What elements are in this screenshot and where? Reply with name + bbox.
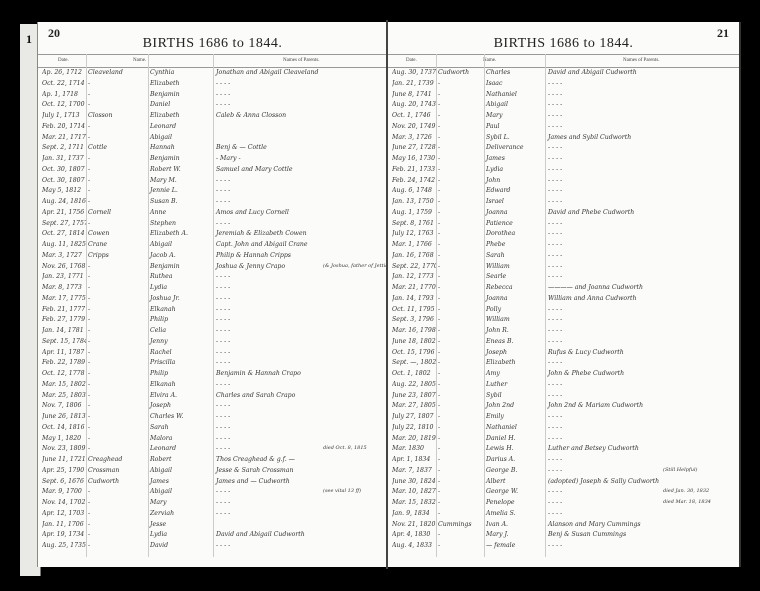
birth-record-row: June 11, 1721CreagheadRobertThos Creaghe… <box>38 455 387 466</box>
record-name: Mary <box>486 112 502 119</box>
birth-record-row: Feb. 21, 1733-Lydia- - - - <box>388 165 739 176</box>
record-name: Lewis H. <box>486 445 514 452</box>
record-parents: - - - - <box>216 284 230 291</box>
record-parents: - - - - <box>548 177 562 184</box>
record-parents: - - - - <box>216 488 230 495</box>
record-name: Jesse <box>150 521 166 528</box>
record-surname: - <box>438 542 440 549</box>
record-parents: Jonathan and Abigail Cleaveland <box>216 69 318 76</box>
record-name: Mary M. <box>150 177 177 184</box>
record-surname: - <box>88 392 90 399</box>
record-note: died Jan. 30, 1832 <box>663 488 709 494</box>
birth-record-row: Apr. 21, 1756CornellAnneAmos and Lucy Co… <box>38 208 387 219</box>
record-name: Albert <box>486 478 506 485</box>
record-date: Aug. 24, 1816 <box>42 198 86 205</box>
record-date: Feb. 27, 1779 <box>42 316 86 323</box>
record-name: Robert W. <box>150 166 181 173</box>
record-surname: - <box>88 177 90 184</box>
record-parents: - - - - <box>548 327 562 334</box>
record-name: Phebe <box>486 241 505 248</box>
record-surname: - <box>438 112 440 119</box>
record-parents: David and Abigail Cudworth <box>548 69 637 76</box>
record-parents: - - - - <box>548 392 562 399</box>
record-name: William <box>486 316 510 323</box>
birth-record-row: Mar. 3, 1726-Sybil L.James and Sybil Cud… <box>388 133 739 144</box>
left-page: 20 BIRTHS 1686 to 1844. Date. Name. Name… <box>37 22 387 567</box>
record-surname: - <box>438 456 440 463</box>
record-name: Jenny <box>150 338 168 345</box>
record-name: Charles <box>486 69 510 76</box>
birth-record-row: Nov. 23, 1809-Leonard- - - -died Oct. 8,… <box>38 444 387 455</box>
record-date: July 22, 1810 <box>392 424 436 431</box>
birth-record-row: May 1, 1820-Malora- - - - <box>38 434 387 445</box>
record-date: Apr. 21, 1756 <box>42 209 86 216</box>
record-parents: David and Abigail Cudworth <box>216 531 305 538</box>
birth-record-row: June 23, 1807-Sybil- - - - <box>388 391 739 402</box>
birth-record-row: June 30, 1824-Albert(adopted) Joseph & S… <box>388 477 739 488</box>
birth-record-row: July 1, 1713ClossonElizabethCaleb & Anna… <box>38 111 387 122</box>
record-parents: - - - - <box>548 91 562 98</box>
birth-record-row: June 8, 1741-Nathaniel- - - - <box>388 90 739 101</box>
record-date: May 5, 1812 <box>42 187 86 194</box>
record-date: July 12, 1763 <box>392 230 436 237</box>
record-surname: - <box>438 241 440 248</box>
record-date: Mar. 7, 1837 <box>392 467 436 474</box>
record-name: Elizabeth A. <box>150 230 188 237</box>
record-surname: - <box>88 499 90 506</box>
record-date: Mar. 20, 1819 <box>392 435 436 442</box>
underlying-page-number: 1 <box>26 32 32 47</box>
record-surname: - <box>438 478 440 485</box>
record-surname: Cottle <box>88 144 107 151</box>
record-date: Aug. 25, 1735 <box>42 542 86 549</box>
record-surname: Cummings <box>438 521 472 528</box>
record-parents: - - - - <box>216 424 230 431</box>
record-name: Polly <box>486 306 501 313</box>
record-date: Mar. 25, 1803 <box>42 392 86 399</box>
record-name: Edward <box>486 187 510 194</box>
record-name: Rebecca <box>486 284 513 291</box>
record-surname: - <box>88 273 90 280</box>
birth-record-row: Nov. 14, 1702-Mary- - - - <box>38 498 387 509</box>
birth-record-row: Apr. 12, 1703-Zerviah- - - - <box>38 509 387 520</box>
birth-record-row: Aug. 24, 1816-Susan B.- - - - <box>38 197 387 208</box>
record-date: Aug. 20, 1743 <box>392 101 436 108</box>
record-surname: - <box>438 134 440 141</box>
record-parents: - - - - <box>548 155 562 162</box>
birth-record-row: July 12, 1763-Dorothea- - - - <box>388 229 739 240</box>
record-date: Mar. 15, 1802 <box>42 381 86 388</box>
record-name: John 2nd <box>486 402 514 409</box>
record-parents: - - - - <box>548 338 562 345</box>
birth-record-row: Aug. 4, 1833-— female- - - - <box>388 541 739 552</box>
record-parents: Charles and Sarah Crapo <box>216 392 295 399</box>
birth-record-row: Sept. 6, 1676CudworthJamesJames and — Cu… <box>38 477 387 488</box>
birth-record-row: Mar. 15, 1832-Penelope- - - -died Mar. 1… <box>388 498 739 509</box>
record-date: Mar. 17, 1775 <box>42 295 86 302</box>
record-surname: - <box>88 542 90 549</box>
record-surname: Closson <box>88 112 113 119</box>
record-name: James <box>150 478 169 485</box>
record-date: Sept. 8, 1761 <box>392 220 436 227</box>
record-parents: Joshua & Jenny Crapo <box>216 263 285 270</box>
record-date: Jan. 11, 1706 <box>42 521 86 528</box>
record-name: Sybil L. <box>486 134 510 141</box>
record-surname: - <box>438 467 440 474</box>
birth-record-row: June 18, 1802-Eneas B.- - - - <box>388 337 739 348</box>
record-surname: - <box>438 187 440 194</box>
record-parents: - - - - <box>548 456 562 463</box>
record-surname: - <box>438 445 440 452</box>
birth-record-row: Mar. 1830-Lewis H.Luther and Betsey Cudw… <box>388 444 739 455</box>
record-date: Oct. 11, 1795 <box>392 306 436 313</box>
birth-record-row: Mar. 21, 1717-Abigail <box>38 133 387 144</box>
birth-record-row: Aug. 22, 1805-Luther- - - - <box>388 380 739 391</box>
record-parents: James and — Cudworth <box>216 478 290 485</box>
record-name: Elkanah <box>150 381 176 388</box>
record-date: Sept. 6, 1676 <box>42 478 86 485</box>
birth-record-row: Mar. 21, 1770-Rebecca———— and Joanna Cud… <box>388 283 739 294</box>
record-name: Abigail <box>150 241 172 248</box>
record-parents: - - - - <box>216 220 230 227</box>
record-name: Jennie L. <box>150 187 178 194</box>
record-surname: - <box>438 402 440 409</box>
record-name: Susan B. <box>150 198 178 205</box>
record-parents: Benj & Susan Cummings <box>548 531 626 538</box>
record-parents: David and Phebe Cudworth <box>548 209 634 216</box>
record-name: Amy <box>486 370 500 377</box>
record-parents: - - - - <box>548 435 562 442</box>
record-name: Benjamin <box>150 155 180 162</box>
record-date: Aug. 22, 1805 <box>392 381 436 388</box>
record-name: Joshua Jr. <box>150 295 180 302</box>
record-surname: - <box>88 381 90 388</box>
record-parents: - - - - <box>216 80 230 87</box>
birth-record-row: Jan. 13, 1750-Israel- - - - <box>388 197 739 208</box>
record-name: Daniel <box>150 101 170 108</box>
record-surname: - <box>88 123 90 130</box>
record-date: Jan. 14, 1793 <box>392 295 436 302</box>
record-parents: - - - - <box>548 101 562 108</box>
record-name: Abigail <box>486 101 508 108</box>
record-date: Jan. 9, 1834 <box>392 510 436 517</box>
record-surname: - <box>88 445 90 452</box>
birth-record-row: Sept. 8, 1761-Patience- - - - <box>388 219 739 230</box>
record-parents: - - - - <box>216 338 230 345</box>
record-name: Mary <box>150 499 166 506</box>
record-surname: - <box>438 359 440 366</box>
record-name: Elizabeth <box>486 359 516 366</box>
record-note: died Oct. 8, 1815 <box>323 445 367 451</box>
birth-record-row: June 27, 1728-Deliverance- - - - <box>388 143 739 154</box>
record-parents: - - - - <box>216 316 230 323</box>
record-name: Abigail <box>150 467 172 474</box>
record-date: Mar. 10, 1827 <box>392 488 436 495</box>
record-parents: ———— and Joanna Cudworth <box>548 284 643 291</box>
record-name: Lydia <box>486 166 503 173</box>
birth-record-row: Jan. 31, 1737-Benjamin- Mary - <box>38 154 387 165</box>
record-name: Eneas B. <box>486 338 514 345</box>
record-name: Leonard <box>150 123 176 130</box>
record-surname: Cudworth <box>438 69 469 76</box>
record-date: Jan. 23, 1771 <box>42 273 86 280</box>
record-date: Mar. 9, 1700 <box>42 488 86 495</box>
record-parents: - - - - <box>548 510 562 517</box>
record-name: Philip <box>150 316 168 323</box>
record-date: June 27, 1728 <box>392 144 436 151</box>
birth-record-row: Jan. 14, 1793-JoannaWilliam and Anna Cud… <box>388 294 739 305</box>
record-surname: - <box>438 284 440 291</box>
record-parents: - - - - <box>216 198 230 205</box>
record-name: Cynthia <box>150 69 174 76</box>
record-surname: - <box>88 510 90 517</box>
record-parents: William and Anna Cudworth <box>548 295 637 302</box>
column-parents: Names of Parents. <box>623 58 660 63</box>
record-surname: - <box>438 381 440 388</box>
record-date: Oct. 27, 1814 <box>42 230 86 237</box>
record-parents: - - - - <box>548 230 562 237</box>
record-date: Nov. 20, 1749 <box>392 123 436 130</box>
record-date: June 11, 1721 <box>42 456 86 463</box>
birth-records-list: Aug. 30, 1737CudworthCharlesDavid and Ab… <box>388 68 739 552</box>
record-surname: - <box>88 80 90 87</box>
birth-record-row: July 27, 1807-Emily- - - - <box>388 412 739 423</box>
record-date: Oct. 30, 1807 <box>42 177 86 184</box>
record-name: Daniel H. <box>486 435 516 442</box>
record-surname: - <box>438 155 440 162</box>
record-surname: - <box>88 220 90 227</box>
record-surname: - <box>438 101 440 108</box>
record-date: Jan. 12, 1773 <box>392 273 436 280</box>
record-date: Apr. 11, 1787 <box>42 349 86 356</box>
record-surname: - <box>88 198 90 205</box>
record-name: Sarah <box>150 424 169 431</box>
record-parents: - - - - <box>548 424 562 431</box>
record-name: Sybil <box>486 392 502 399</box>
record-surname: - <box>438 370 440 377</box>
birth-record-row: Apr. 25, 1790CrossmanAbigailJesse & Sara… <box>38 466 387 477</box>
birth-record-row: Oct. 11, 1795-Polly- - - - <box>388 305 739 316</box>
record-date: Apr. 19, 1734 <box>42 531 86 538</box>
record-name: Joanna <box>486 295 508 302</box>
record-date: Jan. 21, 1739 <box>392 80 436 87</box>
record-surname: - <box>88 521 90 528</box>
birth-record-row: Mar. 1, 1766-Phebe- - - - <box>388 240 739 251</box>
birth-record-row: Aug. 11, 1825CraneAbigailCapt. John and … <box>38 240 387 251</box>
birth-record-row: Feb. 21, 1777-Elkanah- - - - <box>38 305 387 316</box>
record-name: Patience <box>486 220 513 227</box>
record-name: Nathaniel <box>486 91 517 98</box>
birth-record-row: Aug. 30, 1737CudworthCharlesDavid and Ab… <box>388 68 739 79</box>
record-name: Ivan A. <box>486 521 508 528</box>
column-date: Date. <box>58 58 69 63</box>
record-name: Joseph <box>486 349 507 356</box>
record-surname: Crane <box>88 241 107 248</box>
record-surname: - <box>438 531 440 538</box>
record-date: Sept. 3, 1796 <box>392 316 436 323</box>
record-date: Mar. 3, 1727 <box>42 252 86 259</box>
record-name: Emily <box>486 413 504 420</box>
record-surname: - <box>88 316 90 323</box>
column-date: Date. <box>406 58 417 63</box>
record-surname: - <box>438 338 440 345</box>
birth-record-row: Sept. 3, 1796-William- - - - <box>388 315 739 326</box>
record-parents: - - - - <box>548 123 562 130</box>
record-date: Nov. 23, 1809 <box>42 445 86 452</box>
record-surname: - <box>88 306 90 313</box>
record-surname: - <box>438 488 440 495</box>
record-name: Elkanah <box>150 306 176 313</box>
record-parents: - - - - <box>548 198 562 205</box>
record-name: Benjamin <box>150 263 180 270</box>
record-date: July 1, 1713 <box>42 112 86 119</box>
record-name: Priscilla <box>150 359 175 366</box>
record-surname: - <box>438 177 440 184</box>
record-date: Sept. 27, 1757 <box>42 220 86 227</box>
record-date: Apr. 12, 1703 <box>42 510 86 517</box>
record-name: James <box>486 155 505 162</box>
record-name: John R. <box>486 327 509 334</box>
birth-record-row: Mar. 7, 1837-George B.- - - -(Still Help… <box>388 466 739 477</box>
record-date: Mar. 1, 1766 <box>392 241 436 248</box>
record-surname: Cornell <box>88 209 111 216</box>
birth-record-row: Feb. 24, 1742-John- - - - <box>388 176 739 187</box>
record-date: May 16, 1730 <box>392 155 436 162</box>
birth-record-row: Feb. 22, 1789-Priscilla- - - - <box>38 358 387 369</box>
record-name: Searle <box>486 273 506 280</box>
record-name: William <box>486 263 510 270</box>
record-surname: - <box>438 220 440 227</box>
record-parents: - - - - <box>548 413 562 420</box>
record-date: Nov. 14, 1702 <box>42 499 86 506</box>
record-name: David <box>150 542 168 549</box>
birth-record-row: Ap. 1, 1718-Benjamin- - - - <box>38 90 387 101</box>
record-surname: - <box>438 123 440 130</box>
record-date: Feb. 21, 1777 <box>42 306 86 313</box>
record-date: Oct. 30, 1807 <box>42 166 86 173</box>
record-date: Oct. 12, 1778 <box>42 370 86 377</box>
birth-record-row: Nov. 21, 1820CummingsIvan A.Alanson and … <box>388 520 739 531</box>
right-page: 21 BIRTHS 1686 to 1844. Date. Name. Name… <box>388 22 741 567</box>
record-name: Amelia S. <box>486 510 516 517</box>
record-name: Darius A. <box>486 456 515 463</box>
record-parents: John 2nd & Mariam Cudworth <box>548 402 643 409</box>
record-name: George W. <box>486 488 518 495</box>
record-name: Dorothea <box>486 230 515 237</box>
record-name: Abigail <box>150 488 172 495</box>
record-surname: - <box>88 424 90 431</box>
record-name: Luther <box>486 381 507 388</box>
record-parents: - - - - <box>216 542 230 549</box>
page-title: BIRTHS 1686 to 1844. <box>388 36 739 52</box>
record-parents: - - - - <box>548 166 562 173</box>
record-surname: - <box>88 327 90 334</box>
record-surname: - <box>438 144 440 151</box>
record-date: Nov. 21, 1820 <box>392 521 436 528</box>
record-date: June 23, 1807 <box>392 392 436 399</box>
record-parents: - - - - <box>548 381 562 388</box>
record-surname: - <box>88 295 90 302</box>
record-surname: - <box>88 101 90 108</box>
record-name: Celia <box>150 327 166 334</box>
record-surname: - <box>438 413 440 420</box>
birth-record-row: Mar. 3, 1727CrippsJacob A.Philip & Hanna… <box>38 251 387 262</box>
record-parents: Jeremiah & Elizabeth Cowen <box>216 230 307 237</box>
record-parents: - - - - <box>548 273 562 280</box>
record-name: Robert <box>150 456 171 463</box>
birth-record-row: May 16, 1730-James- - - - <box>388 154 739 165</box>
record-name: Philip <box>150 370 168 377</box>
record-date: Aug. 30, 1737 <box>392 69 436 76</box>
record-surname: - <box>88 166 90 173</box>
birth-record-row: Sept. —, 1802-Elizabeth- - - - <box>388 358 739 369</box>
record-name: Joanna <box>486 209 508 216</box>
record-parents: James and Sybil Cudworth <box>548 134 631 141</box>
record-parents: - - - - <box>216 273 230 280</box>
birth-record-row: Mar. 9, 1700-Abigail- - - -(see vital 13… <box>38 487 387 498</box>
birth-record-row: Mar. 15, 1802-Elkanah- - - - <box>38 380 387 391</box>
record-parents: - - - - <box>216 295 230 302</box>
birth-record-row: Jan. 11, 1706-Jesse <box>38 520 387 531</box>
record-surname: - <box>438 209 440 216</box>
record-parents: - - - - <box>216 327 230 334</box>
record-date: Mar. 8, 1773 <box>42 284 86 291</box>
record-name: Joseph <box>150 402 171 409</box>
record-date: Oct. 22, 1714 <box>42 80 86 87</box>
record-parents: - - - - <box>548 499 562 506</box>
record-date: Jan. 16, 1768 <box>392 252 436 259</box>
record-name: Stephen <box>150 220 176 227</box>
record-surname: - <box>438 349 440 356</box>
birth-record-row: Mar. 25, 1803-Elvira A.Charles and Sarah… <box>38 391 387 402</box>
birth-record-row: Mar. 16, 1798-John R.- - - - <box>388 326 739 337</box>
birth-record-row: Oct. 15, 1796-JosephRufus & Lucy Cudwort… <box>388 348 739 359</box>
record-parents: Rufus & Lucy Cudworth <box>548 349 624 356</box>
record-parents: (adopted) Joseph & Sally Cudworth <box>548 478 659 485</box>
record-surname: - <box>438 306 440 313</box>
birth-record-row: Apr. 4, 1830-Mary J.Benj & Susan Cumming… <box>388 530 739 541</box>
record-surname: Creaghead <box>88 456 122 463</box>
record-surname: - <box>88 435 90 442</box>
record-date: Mar. 27, 1805 <box>392 402 436 409</box>
record-name: Charles W. <box>150 413 183 420</box>
record-name: John <box>486 177 500 184</box>
record-surname: - <box>88 531 90 538</box>
record-note: (see vital 13 ff) <box>323 488 361 494</box>
record-name: Leonard <box>150 445 176 452</box>
birth-record-row: Aug. 20, 1743-Abigail- - - - <box>388 100 739 111</box>
record-date: June 26, 1813 <box>42 413 86 420</box>
record-date: Nov. 7, 1806 <box>42 402 86 409</box>
record-name: Nathaniel <box>486 424 517 431</box>
record-parents: Philip & Hannah Cripps <box>216 252 291 259</box>
record-parents: - - - - <box>548 80 562 87</box>
record-name: Paul <box>486 123 500 130</box>
record-name: Israel <box>486 198 504 205</box>
birth-record-row: Mar. 10, 1827-George W.- - - -died Jan. … <box>388 487 739 498</box>
record-parents: - - - - <box>548 306 562 313</box>
record-surname: - <box>438 510 440 517</box>
birth-record-row: Oct. 12, 1700-Daniel- - - - <box>38 100 387 111</box>
record-parents: - - - - <box>548 359 562 366</box>
record-parents: - - - - <box>548 220 562 227</box>
record-surname: - <box>88 91 90 98</box>
record-date: Jan. 31, 1737 <box>42 155 86 162</box>
record-name: Zerviah <box>150 510 174 517</box>
birth-record-row: Oct. 27, 1814CowenElizabeth A.Jeremiah &… <box>38 229 387 240</box>
birth-record-row: Oct. 14, 1816-Sarah- - - - <box>38 423 387 434</box>
record-date: Aug. 1, 1759 <box>392 209 436 216</box>
